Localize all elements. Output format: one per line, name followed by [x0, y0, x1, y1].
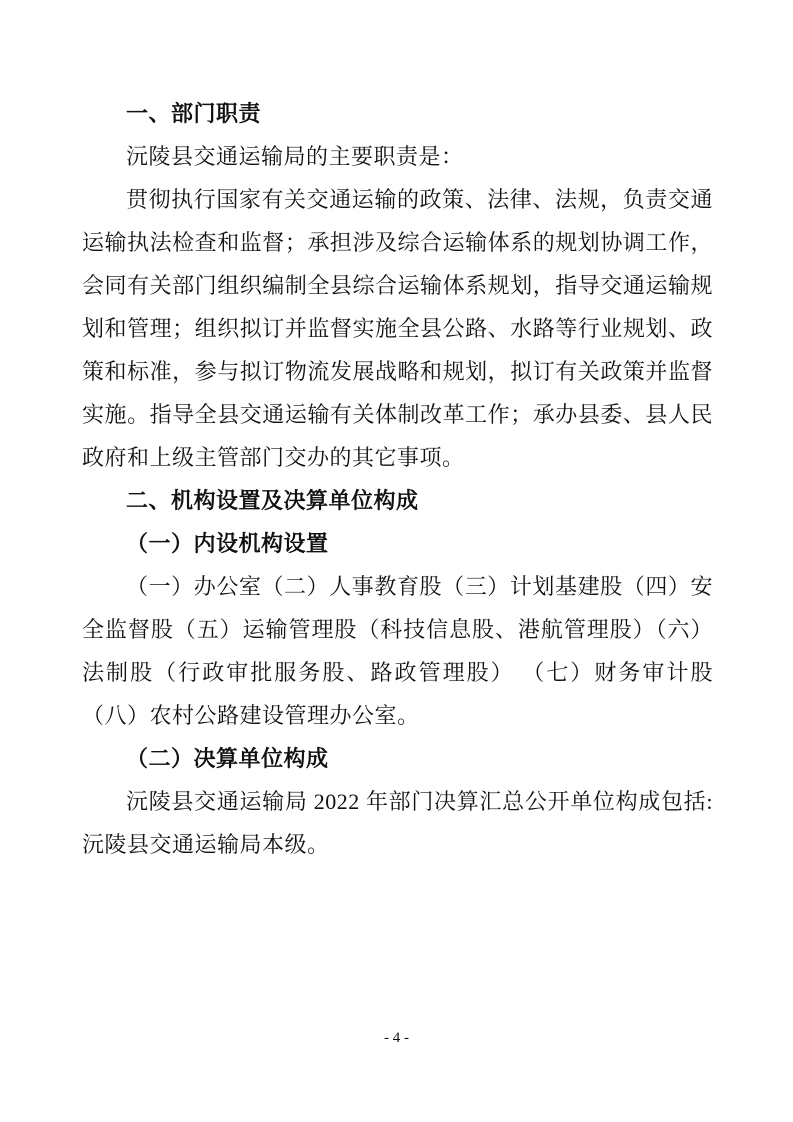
document-page: 一、部门职责 沅陵县交通运输局的主要职责是： 贯彻执行国家有关交通运输的政策、法…: [0, 0, 793, 1122]
subsection-heading-unit-composition: （二）决算单位构成: [82, 737, 713, 780]
section-heading-organization: 二、机构设置及决算单位构成: [82, 479, 713, 522]
document-content: 一、部门职责 沅陵县交通运输局的主要职责是： 贯彻执行国家有关交通运输的政策、法…: [82, 92, 713, 866]
page-number: - 4 -: [0, 1030, 793, 1047]
section-heading-department-duties: 一、部门职责: [82, 92, 713, 135]
unit-composition-paragraph: 沅陵县交通运输局 2022 年部门决算汇总公开单位构成包括: 沅陵县交通运输局本…: [82, 780, 713, 866]
internal-org-paragraph: （一）办公室（二）人事教育股（三）计划基建股（四）安全监督股（五）运输管理股（科…: [82, 565, 713, 737]
duties-intro-paragraph: 沅陵县交通运输局的主要职责是：: [82, 135, 713, 178]
duties-body-paragraph: 贯彻执行国家有关交通运输的政策、法律、法规，负责交通运输执法检查和监督；承担涉及…: [82, 178, 713, 479]
subsection-heading-internal-setup: （一）内设机构设置: [82, 522, 713, 565]
